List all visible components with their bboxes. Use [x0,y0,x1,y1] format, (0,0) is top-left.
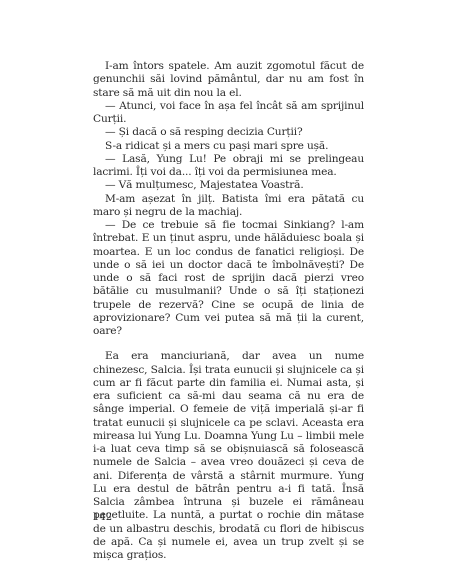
page-number: 142 [93,512,112,523]
dialogue-line: — Lasă, Yung Lu! Pe obraji mi se preling… [93,153,364,180]
dialogue-line: — De ce trebuie să fie tocmai Sinkiang? … [93,219,364,338]
dialogue-line: — Vă mulțumesc, Majestatea Voastră. [93,179,364,192]
paragraph: M-am așezat în jilț. Batista îmi era păt… [93,193,364,220]
book-page-text: I-am întors spatele. Am auzit zgomotul f… [93,60,364,562]
dialogue-line: — Atunci, voi face în așa fel încât să a… [93,100,364,127]
paragraph: Ea era manciuriană, dar avea un nume chi… [93,350,364,562]
paragraph: S-a ridicat și a mers cu pași mari spre … [93,140,364,153]
dialogue-line: — Și dacă o să resping decizia Curții? [93,126,364,139]
paragraph: I-am întors spatele. Am auzit zgomotul f… [93,60,364,100]
section-break [93,338,364,350]
